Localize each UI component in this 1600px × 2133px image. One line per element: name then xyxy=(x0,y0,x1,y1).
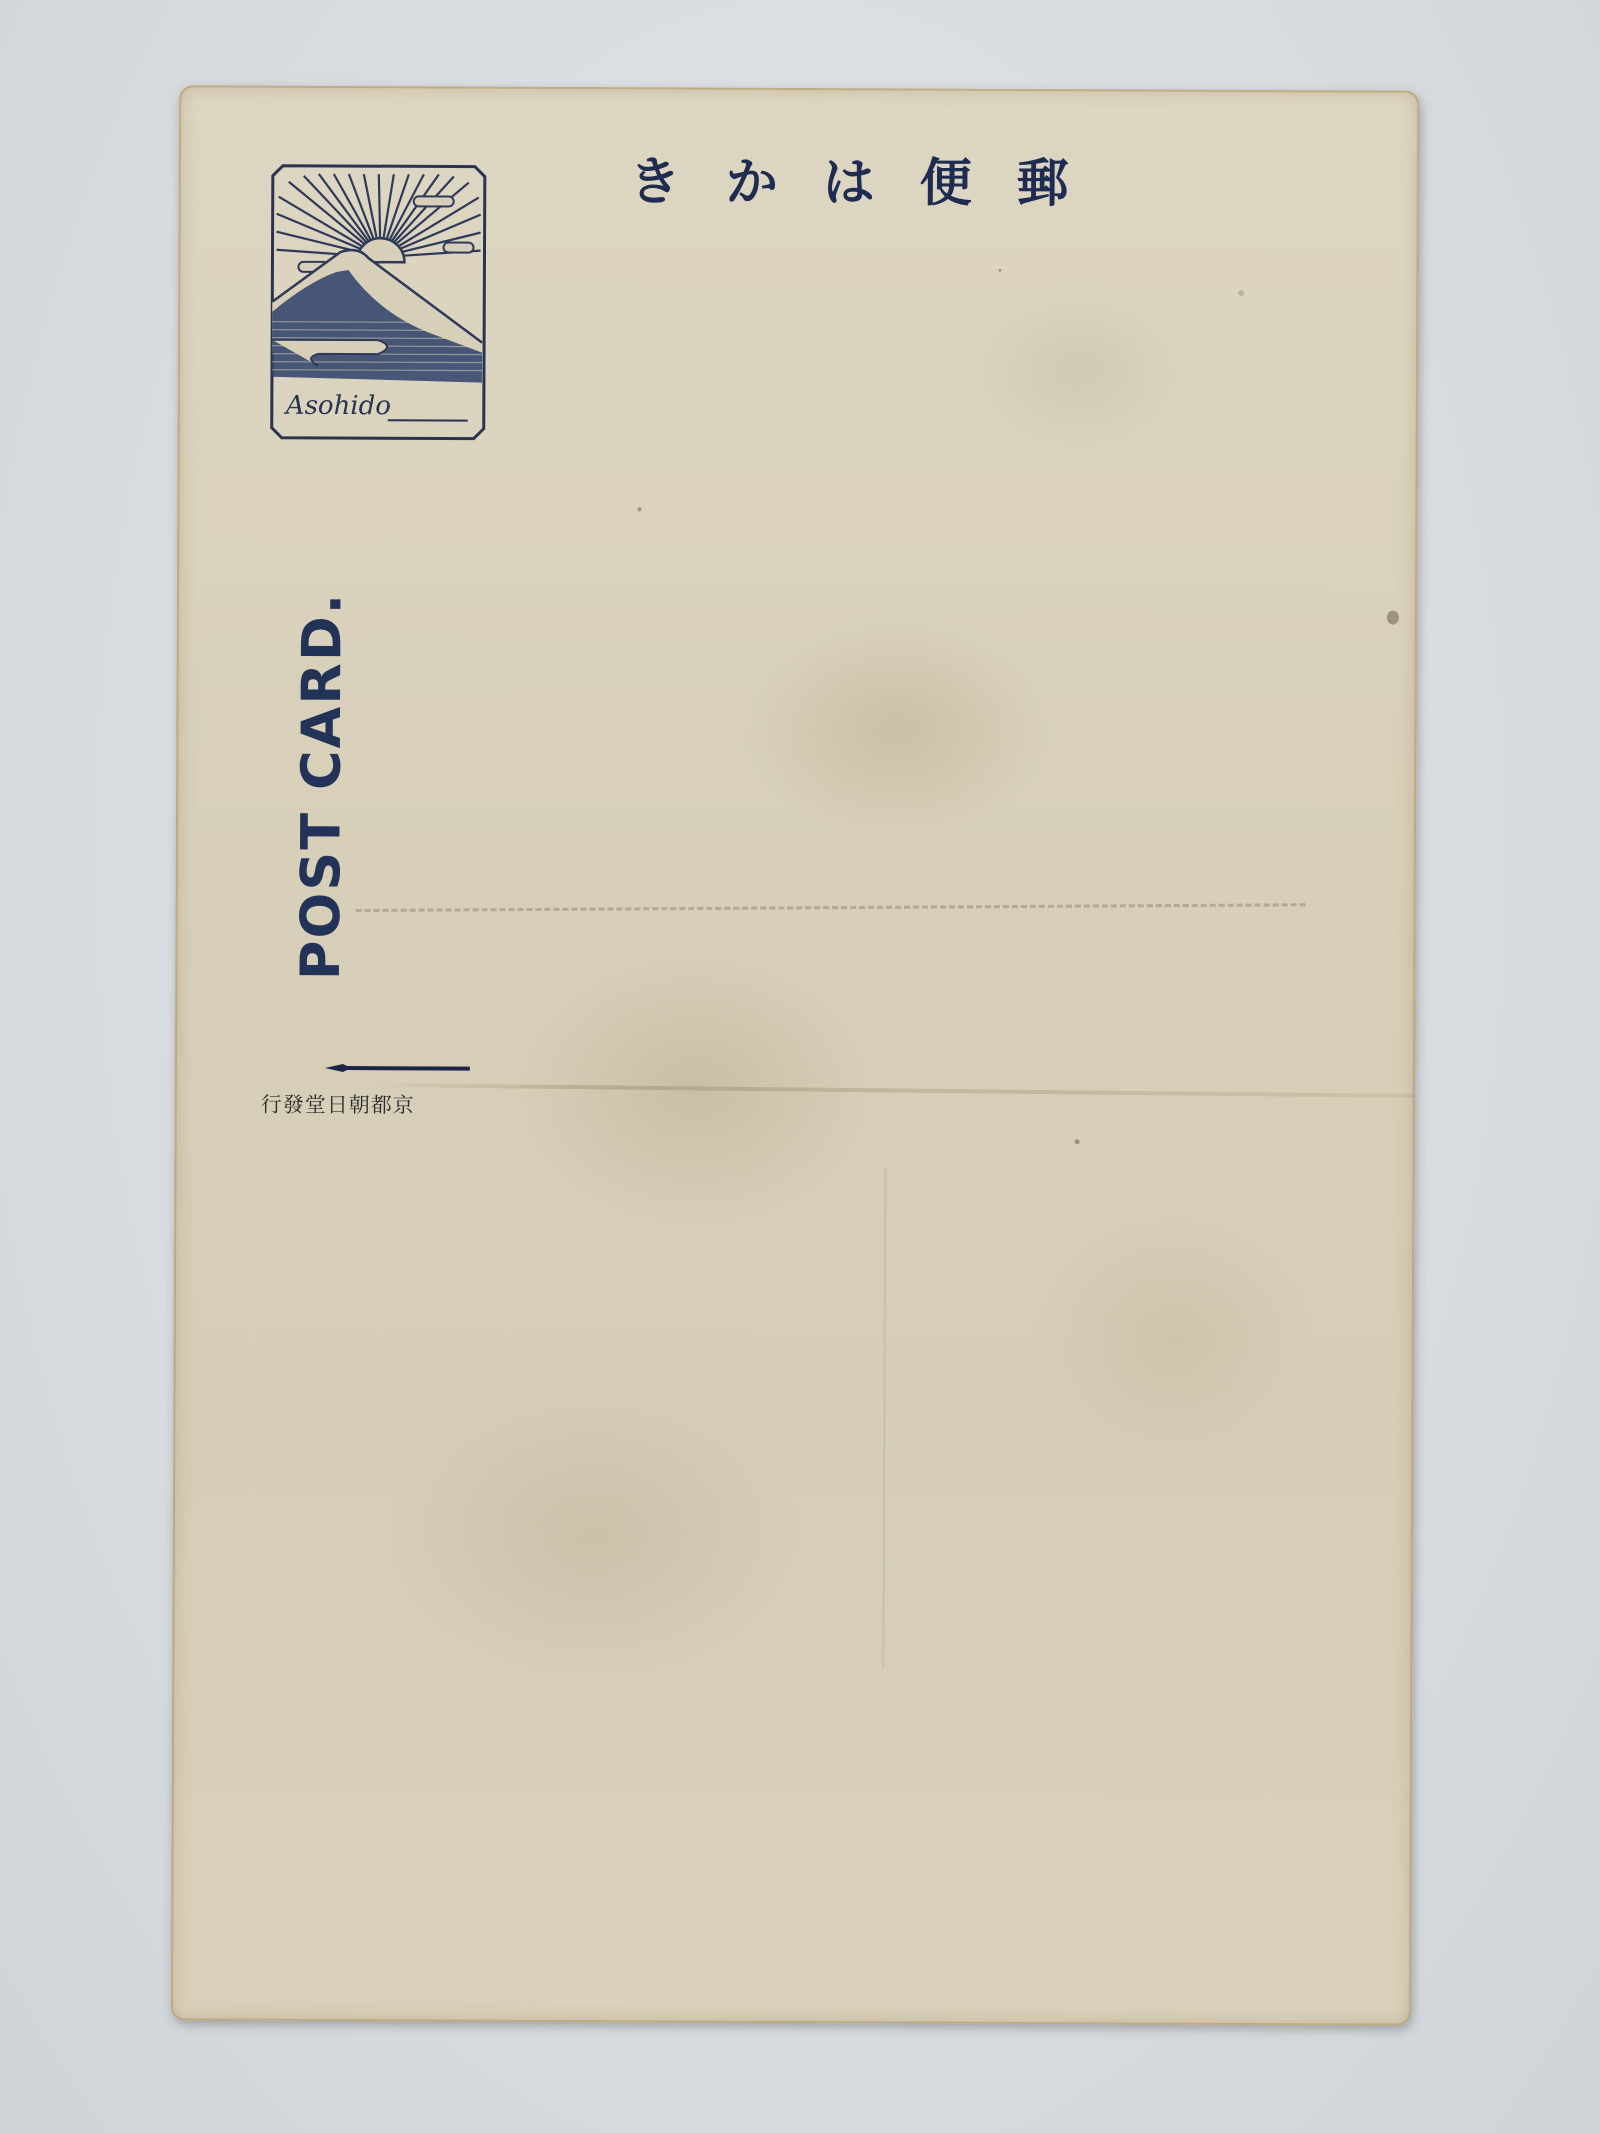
faint-dashed-guideline xyxy=(356,903,1306,912)
header-char: き xyxy=(629,139,681,214)
paper-speck xyxy=(637,507,641,511)
header-char: 便 xyxy=(920,141,972,216)
mount-fuji-rising-sun-icon: Asohido xyxy=(268,162,489,443)
header-char: 郵 xyxy=(1017,141,1069,216)
arrow-left-icon xyxy=(325,1061,470,1076)
post-card-label: POST CARD. xyxy=(290,526,352,1046)
publisher-imprint: 行發堂日朝都京 xyxy=(261,1089,415,1120)
paper-speck xyxy=(1075,1139,1080,1144)
postcard: き か は 便 郵 xyxy=(171,85,1419,2025)
header-char: か xyxy=(726,140,778,215)
postcard-header-title: き か は 便 郵 xyxy=(629,139,1069,216)
paper-crease-vertical xyxy=(882,1168,886,1668)
paper-speck xyxy=(998,269,1001,272)
svg-text:Asohido: Asohido xyxy=(284,391,391,421)
paper-speck xyxy=(1387,611,1399,625)
header-char: は xyxy=(823,140,875,215)
paper-crease xyxy=(365,1083,1415,1098)
post-card-text: POST CARD. xyxy=(289,592,354,981)
paper-speck xyxy=(1238,290,1244,296)
